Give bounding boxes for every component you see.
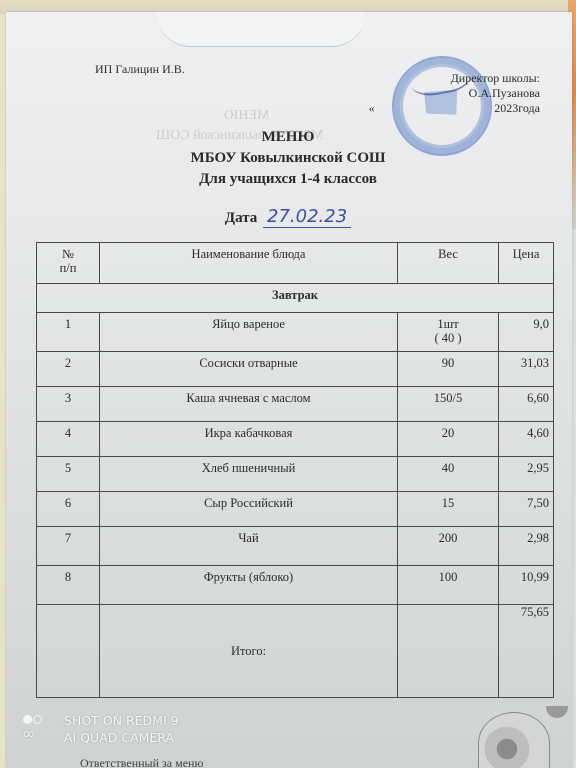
dish-price: 4,60 xyxy=(499,422,554,457)
total-row: Итого: 75,65 xyxy=(37,605,554,698)
row-num: 7 xyxy=(37,527,100,566)
menu-rows: 1Яйцо вареное1шт( 40 )9,02Сосиски отварн… xyxy=(37,313,554,605)
table-row: 8Фрукты (яблоко)10010,99 xyxy=(37,566,554,605)
header-num: № п/п xyxy=(37,243,100,284)
total-weight-cell xyxy=(398,605,499,698)
total-num-cell xyxy=(37,605,100,698)
dish-name: Сыр Российский xyxy=(100,492,398,527)
dish-name: Икра кабачковая xyxy=(100,422,398,457)
watermark-line-1: SHOT ON REDMI 9 xyxy=(64,712,179,729)
table-row: 4Икра кабачковая204,60 xyxy=(37,422,554,457)
table-row: 1Яйцо вареное1шт( 40 )9,0 xyxy=(37,313,554,352)
date-label: Дата xyxy=(225,210,257,226)
dish-price: 7,50 xyxy=(499,492,554,527)
audience: Для учащихся 1-4 классов xyxy=(0,169,576,190)
menu-title-block: МЕНЮ МБОУ Ковылкинской СОШ Для учащихся … xyxy=(0,127,576,190)
director-name: О.А.Пузанова xyxy=(451,86,540,101)
dish-weight: 90 xyxy=(398,352,499,387)
table-row: 5Хлеб пшеничный402,95 xyxy=(37,457,554,492)
dish-name: Яйцо вареное xyxy=(100,313,398,352)
approval-quote-mark: « xyxy=(369,101,375,116)
table-row: 2Сосиски отварные9031,03 xyxy=(37,352,554,387)
camera-watermark: ∞ SHOT ON REDMI 9 AI QUAD CAMERA xyxy=(22,712,179,746)
dish-name: Сосиски отварные xyxy=(100,352,398,387)
dish-price: 9,0 xyxy=(499,313,554,352)
responsible-label: Ответственный за меню xyxy=(80,756,203,768)
table-row: 6Сыр Российский157,50 xyxy=(37,492,554,527)
dish-price: 2,95 xyxy=(499,457,554,492)
row-num: 5 xyxy=(37,457,100,492)
chef-illustration-icon xyxy=(478,712,550,768)
dish-weight: 1шт( 40 ) xyxy=(398,313,499,352)
dish-name: Каша ячневая с маслом xyxy=(100,387,398,422)
row-num: 6 xyxy=(37,492,100,527)
row-num: 8 xyxy=(37,566,100,605)
section-title: Завтрак xyxy=(37,284,554,313)
date-value-handwritten: 27.02.23 xyxy=(263,206,351,228)
approval-year: 2023года xyxy=(451,101,540,116)
table-row: 7Чай2002,98 xyxy=(37,527,554,566)
plastic-sleeve-cutout xyxy=(156,12,366,47)
school-name: МБОУ Ковылкинской СОШ xyxy=(0,148,576,169)
dish-name: Хлеб пшеничный xyxy=(100,457,398,492)
row-num: 3 xyxy=(37,387,100,422)
date-line: Дата 27.02.23 xyxy=(0,206,576,227)
dish-weight: 150/5 xyxy=(398,387,499,422)
dish-price: 6,60 xyxy=(499,387,554,422)
row-num: 2 xyxy=(37,352,100,387)
dish-name: Чай xyxy=(100,527,398,566)
total-value: 75,65 xyxy=(499,605,554,698)
dish-weight: 15 xyxy=(398,492,499,527)
dish-name: Фрукты (яблоко) xyxy=(100,566,398,605)
total-label: Итого: xyxy=(100,605,398,698)
watermark-line-2: AI QUAD CAMERA xyxy=(64,729,179,746)
table-row: 3Каша ячневая с маслом150/56,60 xyxy=(37,387,554,422)
menu-title: МЕНЮ xyxy=(0,127,576,148)
header-weight: Вес xyxy=(398,243,499,284)
supplier-name: ИП Галицин И.В. xyxy=(95,62,185,77)
header-name: Наименование блюда xyxy=(100,243,398,284)
header-price: Цена xyxy=(499,243,554,284)
dish-weight: 20 xyxy=(398,422,499,457)
dish-price: 31,03 xyxy=(499,352,554,387)
dish-weight: 40 xyxy=(398,457,499,492)
dish-price: 2,98 xyxy=(499,527,554,566)
dish-weight: 100 xyxy=(398,566,499,605)
bleed-through-text: МЕНЮ xyxy=(224,108,270,124)
dish-weight: 200 xyxy=(398,527,499,566)
camera-logo-icon: ∞ xyxy=(22,714,42,744)
approval-block: Директор школы: О.А.Пузанова 2023года « xyxy=(451,71,540,116)
row-num: 1 xyxy=(37,313,100,352)
section-row-breakfast: Завтрак xyxy=(37,284,554,313)
approval-title: Директор школы: xyxy=(451,71,540,86)
menu-table: № п/п Наименование блюда Вес Цена Завтра… xyxy=(36,242,554,698)
dish-price: 10,99 xyxy=(499,566,554,605)
row-num: 4 xyxy=(37,422,100,457)
table-header-row: № п/п Наименование блюда Вес Цена xyxy=(37,243,554,284)
